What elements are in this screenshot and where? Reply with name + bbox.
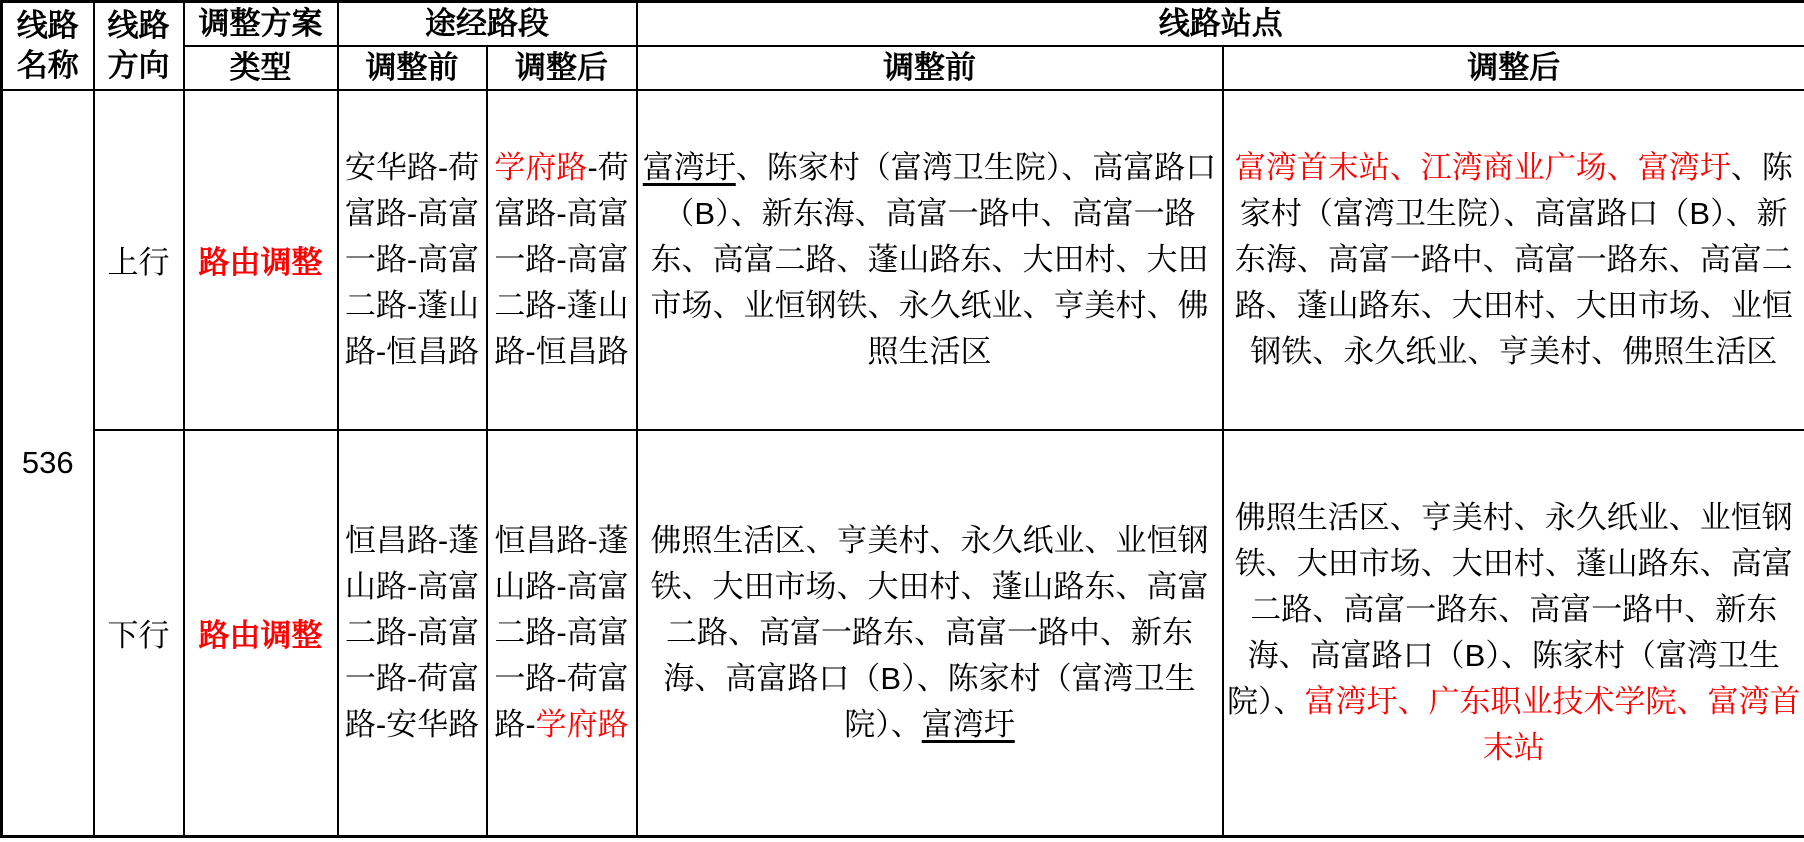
cell-plan-type-down: 路由调整 xyxy=(184,430,338,837)
header-stations-before: 调整前 xyxy=(637,46,1223,90)
header-row-bottom: 类型 调整前 调整后 调整前 调整后 xyxy=(2,46,1804,90)
header-direction: 线路方向 xyxy=(94,2,184,90)
table-body: 536 上行 路由调整 安华路-荷富路-高富一路-高富二路-蓬山路-恒昌路 学府… xyxy=(2,90,1804,837)
route-adjustment-table: 线路名称 线路方向 调整方案 途经路段 线路站点 类型 调整前 调整后 调整前 … xyxy=(0,0,1804,838)
table-row-down: 下行 路由调整 恒昌路-蓬山路-高富二路-高富一路-荷富路-安华路 恒昌路-蓬山… xyxy=(2,430,1804,837)
header-sections-after: 调整后 xyxy=(487,46,637,90)
cell-plan-type-up: 路由调整 xyxy=(184,90,338,430)
header-plan-type-bottom: 类型 xyxy=(184,46,338,90)
header-row-top: 线路名称 线路方向 调整方案 途经路段 线路站点 xyxy=(2,2,1804,46)
cell-stations-before-up: 富湾圩、陈家村（富湾卫生院）、高富路口（B）、新东海、高富一路中、高富一路东、高… xyxy=(637,90,1223,430)
header-plan-type-top: 调整方案 xyxy=(184,2,338,46)
cell-sections-after-up: 学府路-荷富路-高富一路-高富二路-蓬山路-恒昌路 xyxy=(487,90,637,430)
cell-stations-after-up: 富湾首末站、江湾商业广场、富湾圩、陈家村（富湾卫生院）、高富路口（B）、新东海、… xyxy=(1223,90,1804,430)
cell-stations-before-down: 佛照生活区、亨美村、永久纸业、业恒钢铁、大田市场、大田村、蓬山路东、高富二路、高… xyxy=(637,430,1223,837)
header-stations-after: 调整后 xyxy=(1223,46,1804,90)
header-route-name: 线路名称 xyxy=(2,2,94,90)
cell-route-name: 536 xyxy=(2,90,94,837)
table-header: 线路名称 线路方向 调整方案 途经路段 线路站点 类型 调整前 调整后 调整前 … xyxy=(2,2,1804,90)
cell-sections-before-up: 安华路-荷富路-高富一路-高富二路-蓬山路-恒昌路 xyxy=(338,90,487,430)
header-stations-group: 线路站点 xyxy=(637,2,1804,46)
cell-direction-down: 下行 xyxy=(94,430,184,837)
cell-sections-after-down: 恒昌路-蓬山路-高富二路-高富一路-荷富路-学府路 xyxy=(487,430,637,837)
table-row-up: 536 上行 路由调整 安华路-荷富路-高富一路-高富二路-蓬山路-恒昌路 学府… xyxy=(2,90,1804,430)
header-sections-before: 调整前 xyxy=(338,46,487,90)
header-road-sections-group: 途经路段 xyxy=(338,2,637,46)
cell-sections-before-down: 恒昌路-蓬山路-高富二路-高富一路-荷富路-安华路 xyxy=(338,430,487,837)
cell-stations-after-down: 佛照生活区、亨美村、永久纸业、业恒钢铁、大田市场、大田村、蓬山路东、高富二路、高… xyxy=(1223,430,1804,837)
cell-direction-up: 上行 xyxy=(94,90,184,430)
